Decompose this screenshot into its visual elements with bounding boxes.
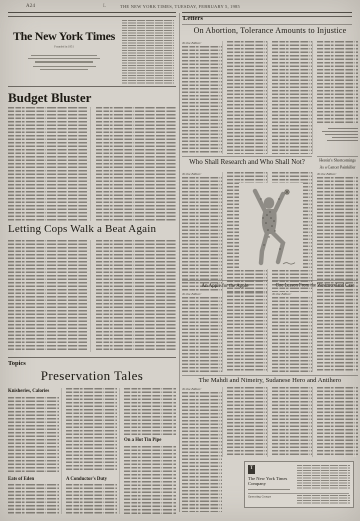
- topics-text: [8, 397, 59, 472]
- topics-text: [66, 388, 117, 472]
- topics-text: [124, 446, 176, 514]
- salutation: To the Editor:: [182, 292, 202, 296]
- letter-text: [227, 41, 267, 154]
- column-rule: [222, 387, 223, 457]
- editorial-1-text-col2: [96, 107, 176, 221]
- column-rule: [90, 240, 91, 352]
- column-rule: [267, 387, 268, 457]
- salutation: To the Editor:: [272, 292, 292, 296]
- nyt-company-masthead-box: T The New York Times Company Operating G…: [244, 461, 354, 508]
- column-rule: [119, 388, 120, 514]
- letter-group-rule: [272, 280, 358, 281]
- column-rule: [90, 107, 91, 221]
- topics-title: Preservation Tales: [8, 368, 176, 384]
- column-rule: [222, 292, 223, 372]
- column-rule: [222, 172, 223, 292]
- column-rule: [312, 387, 313, 457]
- nyt-company-logo: T: [248, 465, 255, 474]
- nyt-company-officers-list: [297, 465, 350, 490]
- column-rule: [312, 172, 313, 292]
- letter-signature: [317, 126, 358, 141]
- illustration-signature: [283, 263, 295, 264]
- editorial-2-text-col2: [96, 240, 176, 352]
- column-rule: [312, 292, 313, 372]
- letter-headline-heroin-line2: As a Cancer Painkiller: [317, 165, 358, 170]
- letter-headline-mahdi: The Mahdi and Nimeiry, Sudanese Hero and…: [182, 377, 358, 384]
- masthead-bottom-rule: [8, 86, 176, 87]
- header-rule-right: [182, 12, 352, 17]
- letter-text: [272, 41, 312, 154]
- salutation: To the Editor:: [182, 172, 202, 176]
- salutation: To the Editor:: [182, 41, 202, 45]
- nyt-company-name-line2: Company: [248, 481, 266, 486]
- nyt-masthead-logo: The New York Times: [8, 29, 120, 44]
- topics-subhead-knisheries: Knisheries, Calories: [8, 388, 59, 394]
- letter-text: [272, 387, 312, 457]
- letter-group-rule: [182, 375, 358, 376]
- topics-text: [66, 484, 117, 514]
- letter-group-rule: [317, 156, 358, 157]
- letter-text: [317, 292, 358, 372]
- letter-text: [227, 387, 267, 457]
- topics-subhead-eats-of-eden: Eats of Eden: [8, 476, 59, 482]
- column-rule: [61, 388, 62, 514]
- nyt-company-box-divider: [248, 493, 349, 494]
- letter-text: [317, 387, 358, 457]
- editorial-1-title: Budget Bluster: [8, 90, 91, 106]
- letter-text: [227, 292, 267, 372]
- letter-text: [272, 297, 312, 372]
- letter-headline-research: Who Shall Research and Who Shall Not?: [182, 158, 312, 166]
- column-rule: [267, 292, 268, 372]
- letters-section-label: Letters: [183, 15, 203, 22]
- letter-text: [182, 177, 222, 292]
- nyt-company-groups-officers-list: [297, 495, 350, 505]
- letter-text: [182, 392, 222, 512]
- letter-text: [182, 297, 222, 372]
- letter-text: [182, 46, 222, 154]
- newspaper-page: A24 L THE NEW YORK TIMES, TUESDAY, FEBRU…: [0, 0, 360, 521]
- masthead-publishers-list: [26, 53, 102, 70]
- letters-label-rule: [182, 24, 352, 25]
- dancing-figure-svg: [239, 183, 303, 269]
- topics-subhead-conductors-duty: A Conductor's Duty: [66, 476, 117, 482]
- dancing-figure-illustration: [239, 183, 303, 269]
- editorial-1-text-col1: [8, 107, 87, 221]
- masthead-editorial-board-list: [122, 20, 174, 84]
- letter-headline-heroin-line1: Heroin's Shortcomings: [317, 158, 358, 163]
- letter-headline-westmoreland: One Lesson From the Westmoreland Case: [272, 283, 358, 288]
- editorial-2-text-col1: [8, 240, 87, 352]
- letter-headline-abortion: On Abortion, Tolerance Amounts to Injust…: [182, 26, 358, 35]
- salutation: To the Editor:: [317, 172, 337, 176]
- column-rule: [312, 41, 313, 154]
- center-column-divider: [179, 13, 180, 512]
- letter-text: [317, 177, 358, 292]
- salutation: To the Editor:: [182, 387, 202, 391]
- column-rule: [222, 41, 223, 154]
- editorial-2-title: Letting Cops Walk a Beat Again: [8, 223, 156, 235]
- letter-group-rule: [182, 280, 268, 281]
- letter-headline-apple: An Apple for the Apple: [182, 283, 268, 289]
- masthead-founded: Founded in 1851: [8, 45, 120, 48]
- topics-subhead-hot-tin-pipe: On a Hot Tin Pipe: [124, 437, 176, 443]
- nyt-company-address: [248, 489, 290, 490]
- operating-groups-label: Operating Groups: [248, 495, 271, 499]
- topics-top-rule: [8, 357, 176, 358]
- header-rule-left: [8, 12, 176, 17]
- column-rule: [267, 41, 268, 154]
- folio-dateline: THE NEW YORK TIMES, TUESDAY, FEBRUARY 5,…: [0, 4, 360, 9]
- topics-label: Topics: [8, 360, 26, 367]
- letter-text: [317, 41, 358, 123]
- topics-text: [124, 388, 176, 435]
- topics-text: [8, 484, 59, 514]
- letter-group-rule: [182, 156, 312, 157]
